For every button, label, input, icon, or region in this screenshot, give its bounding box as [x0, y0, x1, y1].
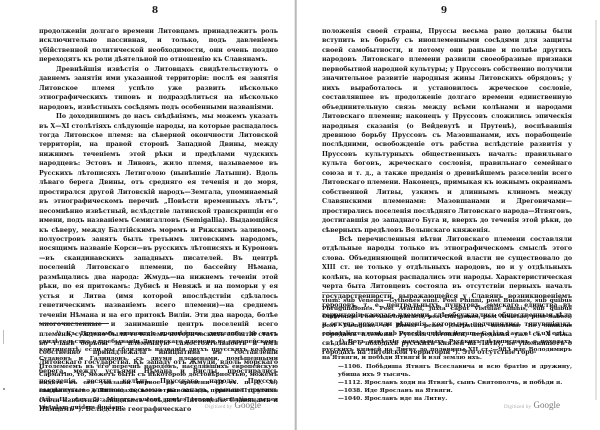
right-page: 9 положенія своей страны, Пруссы весьма … — [300, 0, 600, 430]
page-edge — [595, 20, 597, 400]
page-number: 8 — [145, 6, 165, 16]
paragraph: Древнѣйшія извѣстія о Литовцахъ свидѣтел… — [39, 65, 278, 112]
paragraph: продолженіи долгаго времени Литовцамъ пр… — [39, 27, 278, 65]
footnote-entry: —1106. Побѣдиша Ятвягь Всеславича и всю … — [322, 363, 572, 379]
footnote-divider — [322, 292, 392, 293]
digitized-watermark: Digitized by Google — [504, 400, 560, 410]
footnote-continuation: vium: sub Venedis—Gythones sunt. Post Ph… — [322, 297, 572, 338]
paragraph: положенія своей страны, Пруссы весьма ра… — [322, 27, 572, 235]
footnote-marker: ¹) — [56, 330, 61, 337]
footnote-spaced-text: Galindae et Sudeni. — [481, 330, 569, 337]
footnote-text: Къ Пруссамъ относится древнѣйшее, дошедш… — [39, 330, 278, 411]
google-logo: Google — [235, 400, 262, 410]
footnote-divider — [39, 323, 109, 324]
footnote-text: Вотъ извѣстія начальныхъ Русскихъ лѣтопи… — [322, 338, 572, 361]
footnote-entry: —1112. Ярославъ ходи на Ятвягѣ, сынъ Свя… — [322, 379, 572, 387]
scan-artifact — [3, 330, 4, 344]
left-page: 8 продолженіи долгаго времени Литовцамъ … — [0, 0, 298, 430]
scan-artifact — [3, 388, 5, 390]
page-number: 9 — [434, 6, 454, 16]
watermark-prefix: Digitized by — [205, 405, 232, 410]
footnotes: vium: sub Venedis—Gythones sunt. Post Ph… — [322, 297, 572, 404]
digitized-watermark: Digitized by Google — [205, 400, 261, 410]
footnote-entry: —1038. Иде Ярославъ на Ятвяги. — [322, 387, 572, 395]
google-logo: Google — [534, 400, 561, 410]
footnote-marker: ¹) — [339, 338, 344, 345]
watermark-prefix: Digitized by — [504, 405, 531, 410]
footnote: ¹) Вотъ извѣстія начальныхъ Русскихъ лѣт… — [322, 338, 572, 363]
book-gutter — [294, 0, 297, 430]
book-spread: 8 продолженіи долгаго времени Литовцамъ … — [0, 0, 600, 430]
